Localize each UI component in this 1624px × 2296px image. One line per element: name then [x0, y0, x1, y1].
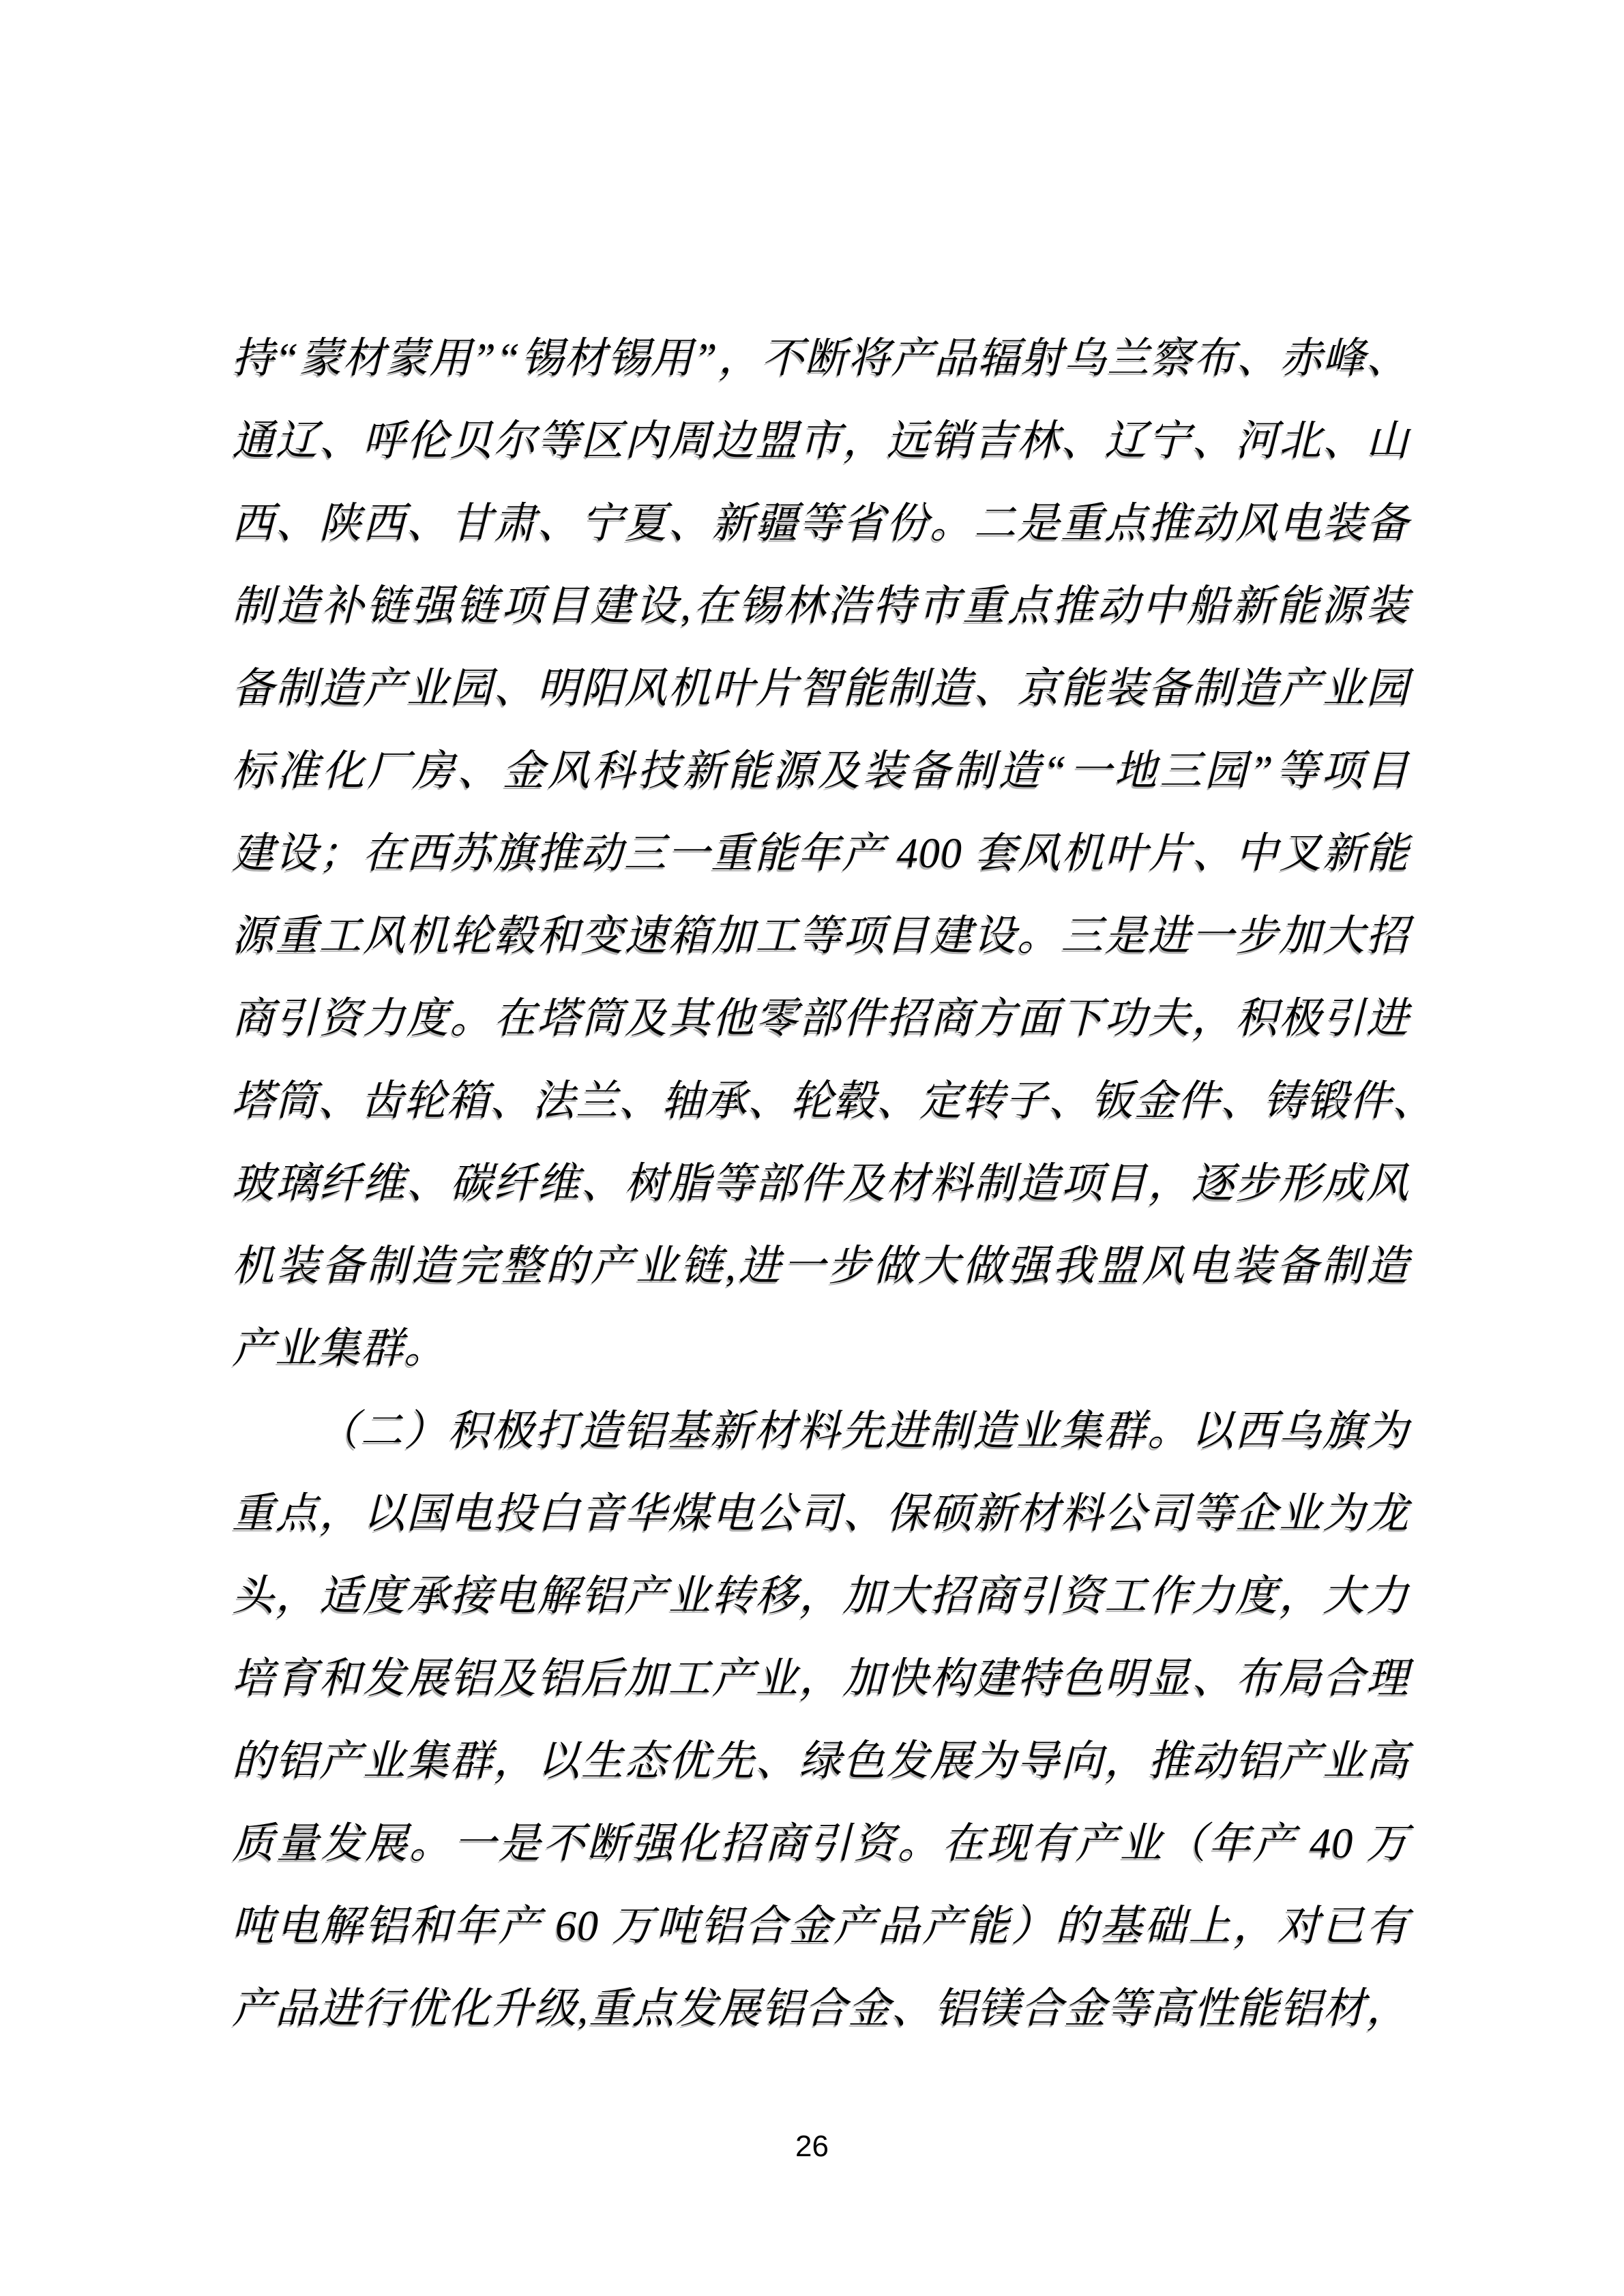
- text-line: 玻璃纤维、碳纤维、树脂等部件及材料制造项目，逐步形成风: [232, 1143, 1409, 1225]
- text-line: 培育和发展铝及铝后加工产业，加快构建特色明显、布局合理: [232, 1638, 1409, 1720]
- text-line: 头，适度承接电解铝产业转移，加大招商引资工作力度，大力: [232, 1555, 1409, 1638]
- text-line-paragraph-start: （二）积极打造铝基新材料先进制造业集群。以西乌旗为: [232, 1390, 1409, 1473]
- text-line-paragraph-end: 产业集群。: [232, 1308, 1409, 1390]
- text-line: 源重工风机轮毂和变速箱加工等项目建设。三是进一步加大招: [232, 895, 1409, 978]
- text-line: 通辽、呼伦贝尔等区内周边盟市，远销吉林、辽宁、河北、山: [232, 400, 1409, 483]
- text-line: 产品进行优化升级,重点发展铝合金、铝镁合金等高性能铝材，: [232, 1968, 1409, 2051]
- text-line: 机装备制造完整的产业链,进一步做大做强我盟风电装备制造: [232, 1225, 1409, 1308]
- body-text: 持“蒙材蒙用”“锡材锡用”，不断将产品辐射乌兰察布、赤峰、 通辽、呼伦贝尔等区内…: [232, 318, 1409, 2051]
- text-line: 西、陕西、甘肃、宁夏、新疆等省份。二是重点推动风电装备: [232, 483, 1409, 565]
- document-page: 持“蒙材蒙用”“锡材锡用”，不断将产品辐射乌兰察布、赤峰、 通辽、呼伦贝尔等区内…: [0, 0, 1624, 2296]
- page-number: 26: [0, 2129, 1624, 2164]
- text-line: 持“蒙材蒙用”“锡材锡用”，不断将产品辐射乌兰察布、赤峰、: [232, 318, 1409, 400]
- text-line: 的铝产业集群，以生态优先、绿色发展为导向，推动铝产业高: [232, 1720, 1409, 1803]
- text-line: 重点，以国电投白音华煤电公司、保硕新材料公司等企业为龙: [232, 1473, 1409, 1555]
- text-line: 塔筒、齿轮箱、法兰、轴承、轮毂、定转子、钣金件、铸锻件、: [232, 1060, 1409, 1143]
- text-line: 备制造产业园、明阳风机叶片智能制造、京能装备制造产业园: [232, 648, 1409, 730]
- text-line: 吨电解铝和年产 60 万吨铝合金产品产能）的基础上，对已有: [232, 1885, 1409, 1968]
- text-line: 制造补链强链项目建设,在锡林浩特市重点推动中船新能源装: [232, 565, 1409, 648]
- text-line: 建设；在西苏旗推动三一重能年产 400 套风机叶片、中叉新能: [232, 813, 1409, 895]
- text-line: 标准化厂房、金风科技新能源及装备制造“一地三园”等项目: [232, 730, 1409, 813]
- text-line: 商引资力度。在塔筒及其他零部件招商方面下功夫，积极引进: [232, 978, 1409, 1060]
- text-line: 质量发展。一是不断强化招商引资。在现有产业（年产 40 万: [232, 1803, 1409, 1885]
